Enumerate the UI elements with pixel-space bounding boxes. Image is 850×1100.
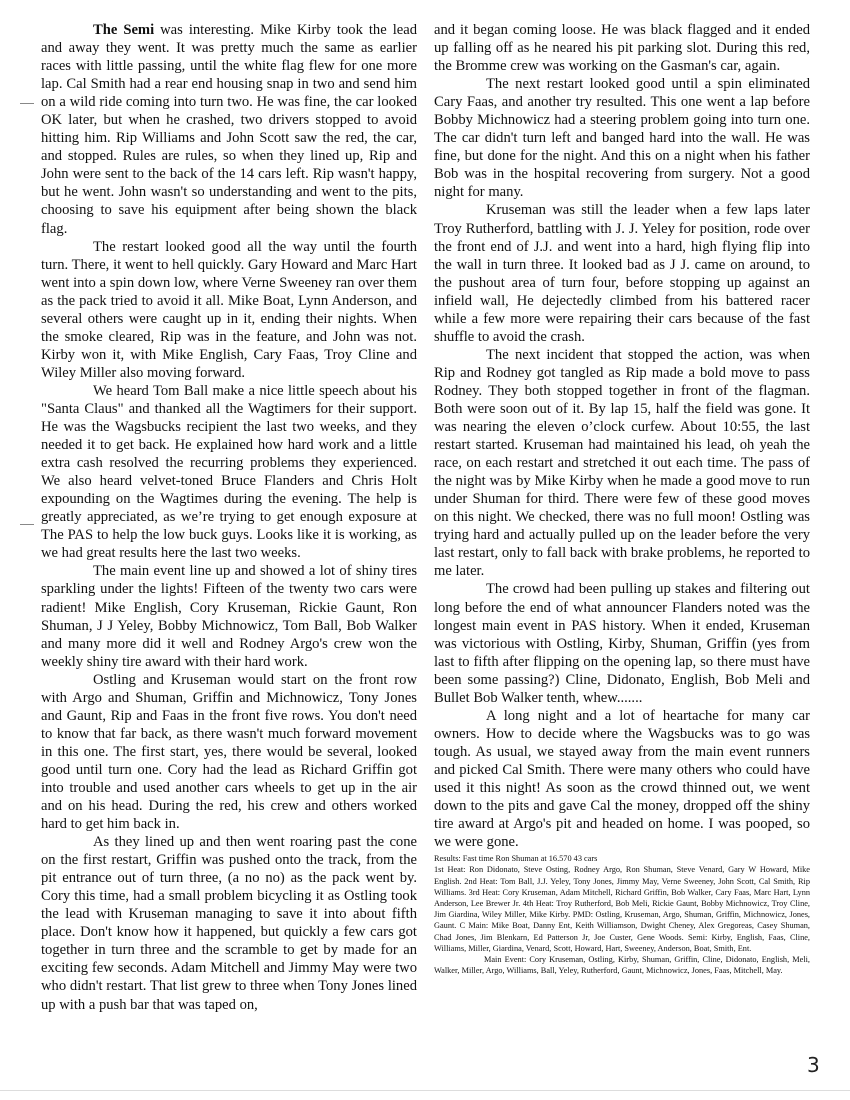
paragraph: We heard Tom Ball make a nice little spe…	[41, 382, 417, 562]
paragraph: A long night and a lot of heartache for …	[434, 707, 810, 851]
paragraph: The crowd had been pulling up stakes and…	[434, 580, 810, 706]
paragraph: The main event line up and showed a lot …	[41, 562, 417, 670]
paragraph: As they lined up and then went roaring p…	[41, 833, 417, 1013]
lead-in-bold: The Semi	[93, 22, 154, 38]
results-heats: 1st Heat: Ron Didonato, Steve Osting, Ro…	[434, 864, 810, 954]
right-column: and it began coming loose. He was black …	[434, 21, 810, 976]
race-results: Results: Fast time Ron Shuman at 16.570 …	[434, 853, 810, 976]
paragraph: The next incident that stopped the actio…	[434, 346, 810, 581]
binding-mark	[20, 524, 34, 525]
page-number: 3	[807, 1053, 820, 1077]
paragraph: Kruseman was still the leader when a few…	[434, 201, 810, 345]
results-summary: Results: Fast time Ron Shuman at 16.570 …	[434, 853, 810, 864]
binding-mark	[20, 103, 34, 104]
document-page: The Semi was interesting. Mike Kirby too…	[0, 0, 850, 1100]
page-edge	[0, 1090, 850, 1091]
paragraph: and it began coming loose. He was black …	[434, 21, 810, 75]
paragraph: The restart looked good all the way unti…	[41, 238, 417, 382]
paragraph: Ostling and Kruseman would start on the …	[41, 671, 417, 833]
paragraph: The next restart looked good until a spi…	[434, 75, 810, 201]
paragraph: The Semi was interesting. Mike Kirby too…	[41, 21, 417, 238]
left-column: The Semi was interesting. Mike Kirby too…	[41, 21, 417, 1014]
results-main-event: Main Event: Cory Kruseman, Ostling, Kirb…	[434, 954, 810, 976]
